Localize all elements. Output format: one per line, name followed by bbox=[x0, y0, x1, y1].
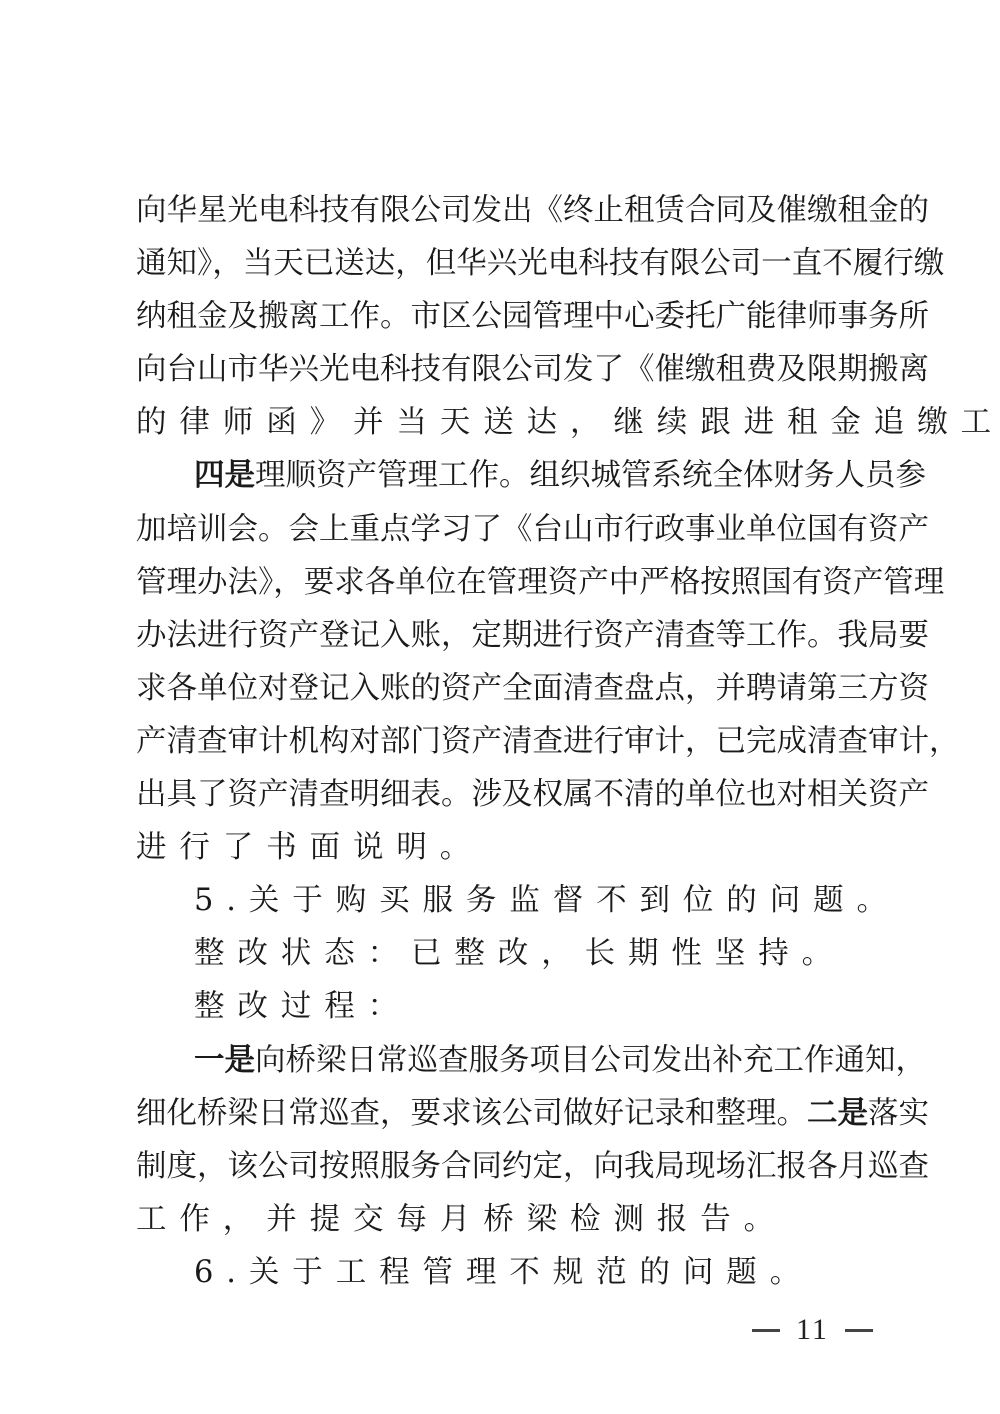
body-line: 工作，并提交每月桥梁检测报告。 bbox=[136, 1193, 876, 1246]
section-heading: 5.关于购买服务监督不到位的问题。 bbox=[136, 874, 876, 927]
paragraph-start-line: 四是理顺资产管理工作。组织城管系统全体财务人员参 bbox=[136, 449, 876, 502]
line-text: 落实 bbox=[868, 1096, 929, 1131]
rectification-process-label: 整改过程： bbox=[136, 980, 876, 1033]
line-text: 的律师函》并当天送达，继续跟进租金追缴工作。 bbox=[136, 405, 1000, 440]
page-number: 11 bbox=[752, 1310, 873, 1350]
rectification-status: 整改状态：已整改，长期性坚持。 bbox=[136, 927, 876, 980]
paragraph-start-line: 一是向桥梁日常巡查服务项目公司发出补充工作通知， bbox=[136, 1034, 876, 1087]
body-line: 向台山市华兴光电科技有限公司发了《催缴租费及限期搬离 bbox=[136, 343, 876, 396]
body-line: 纳租金及搬离工作。市区公园管理中心委托广能律师事务所 bbox=[136, 290, 876, 343]
line-text: 向台山市华兴光电科技有限公司发了《催缴租费及限期搬离 bbox=[136, 352, 929, 387]
document-body: 向华星光电科技有限公司发出《终止租赁合同及催缴租金的 通知》，当天已送达，但华兴… bbox=[136, 184, 876, 1299]
line-text: 产清查审计机构对部门资产清查进行审计，已完成清查审计， bbox=[136, 724, 960, 759]
label-text: 整改过程： bbox=[194, 989, 411, 1024]
line-text: 向华星光电科技有限公司发出《终止租赁合同及催缴租金的 bbox=[136, 193, 929, 228]
line-text: 理顺资产管理工作。组织城管系统全体财务人员参 bbox=[255, 458, 926, 493]
line-text: 出具了资产清查明细表。涉及权属不清的单位也对相关资产 bbox=[136, 777, 929, 812]
body-line: 办法进行资产登记入账，定期进行资产清查等工作。我局要 bbox=[136, 609, 876, 662]
ordinal-label: 四是 bbox=[194, 457, 255, 493]
line-text: 细化桥梁日常巡查，要求该公司做好记录和整理。 bbox=[136, 1096, 807, 1131]
heading-text: 6.关于工程管理不规范的问题。 bbox=[194, 1255, 813, 1290]
line-text: 向桥梁日常巡查服务项目公司发出补充工作通知， bbox=[255, 1043, 926, 1078]
line-text: 通知》，当天已送达，但华兴光电科技有限公司一直不履行缴 bbox=[136, 246, 944, 281]
body-line: 的律师函》并当天送达，继续跟进租金追缴工作。 bbox=[136, 396, 876, 449]
dash-left-decoration bbox=[752, 1329, 780, 1332]
body-line: 向华星光电科技有限公司发出《终止租赁合同及催缴租金的 bbox=[136, 184, 876, 237]
heading-text: 5.关于购买服务监督不到位的问题。 bbox=[194, 883, 900, 918]
body-line: 通知》，当天已送达，但华兴光电科技有限公司一直不履行缴 bbox=[136, 237, 876, 290]
line-text: 纳租金及搬离工作。市区公园管理中心委托广能律师事务所 bbox=[136, 299, 929, 334]
line-text: 工作，并提交每月桥梁检测报告。 bbox=[136, 1202, 787, 1237]
body-line: 加培训会。会上重点学习了《台山市行政事业单位国有资产 bbox=[136, 503, 876, 556]
body-line: 制度，该公司按照服务合同约定，向我局现场汇报各月巡查 bbox=[136, 1140, 876, 1193]
body-line: 进行了书面说明。 bbox=[136, 821, 876, 874]
body-line: 出具了资产清查明细表。涉及权属不清的单位也对相关资产 bbox=[136, 768, 876, 821]
line-text: 加培训会。会上重点学习了《台山市行政事业单位国有资产 bbox=[136, 512, 929, 547]
line-text: 求各单位对登记入账的资产全面清查盘点，并聘请第三方资 bbox=[136, 671, 929, 706]
line-text: 办法进行资产登记入账，定期进行资产清查等工作。我局要 bbox=[136, 618, 929, 653]
status-text: 整改状态：已整改，长期性坚持。 bbox=[194, 936, 845, 971]
ordinal-label: 一是 bbox=[194, 1042, 255, 1078]
body-line: 管理办法》，要求各单位在管理资产中严格按照国有资产管理 bbox=[136, 556, 876, 609]
body-line: 求各单位对登记入账的资产全面清查盘点，并聘请第三方资 bbox=[136, 662, 876, 715]
ordinal-label: 二是 bbox=[807, 1095, 868, 1131]
page-number-text: 11 bbox=[796, 1313, 829, 1347]
body-line: 细化桥梁日常巡查，要求该公司做好记录和整理。二是落实 bbox=[136, 1087, 876, 1140]
line-text: 制度，该公司按照服务合同约定，向我局现场汇报各月巡查 bbox=[136, 1149, 929, 1184]
section-heading: 6.关于工程管理不规范的问题。 bbox=[136, 1246, 876, 1299]
line-text: 管理办法》，要求各单位在管理资产中严格按照国有资产管理 bbox=[136, 565, 944, 600]
body-line: 产清查审计机构对部门资产清查进行审计，已完成清查审计， bbox=[136, 715, 876, 768]
line-text: 进行了书面说明。 bbox=[136, 830, 483, 865]
dash-right-decoration bbox=[845, 1329, 873, 1332]
